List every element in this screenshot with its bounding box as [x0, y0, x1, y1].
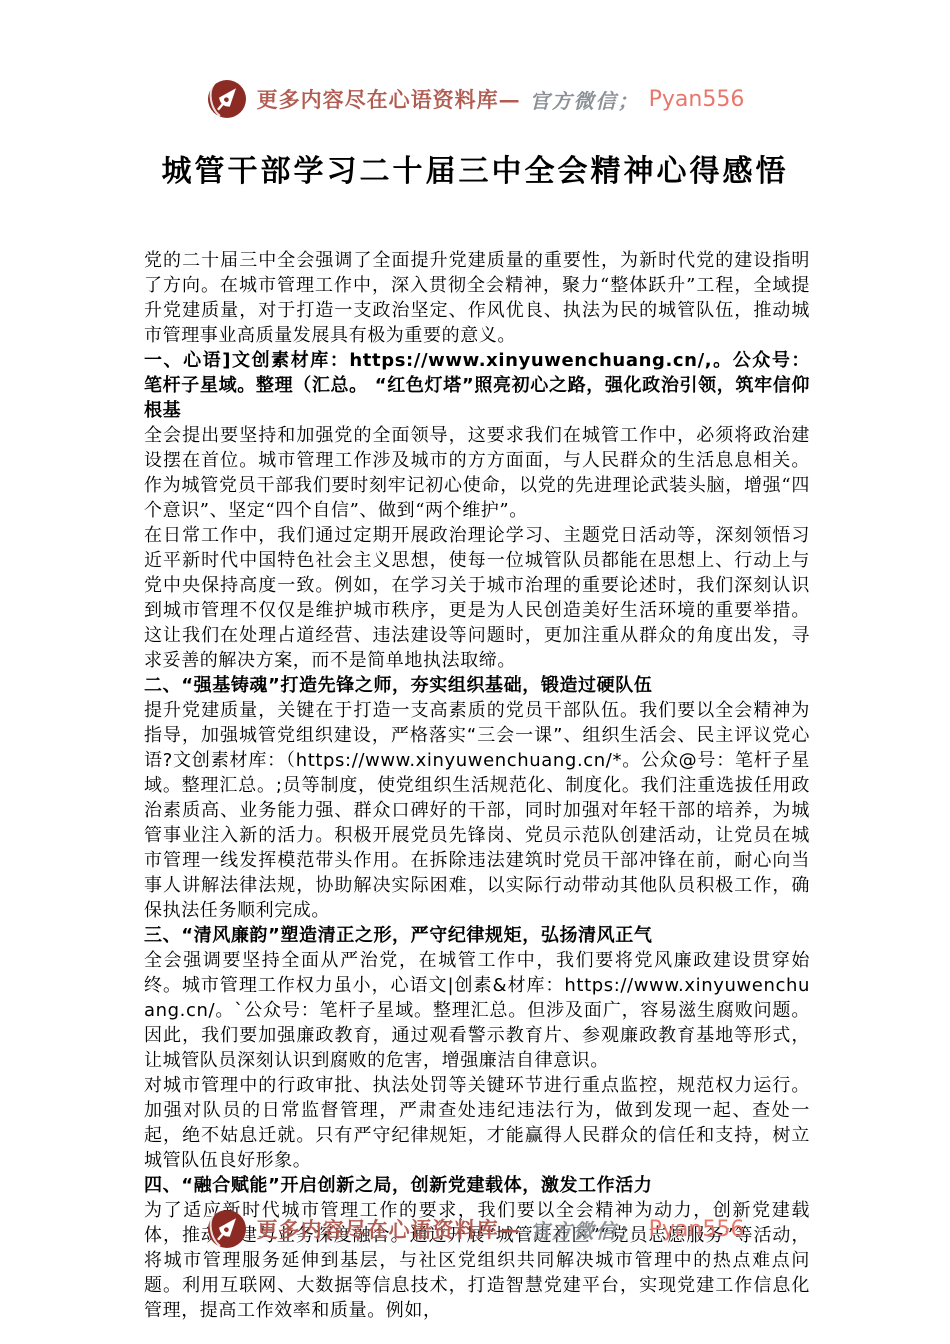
document-page: { "watermark": { "logo_icon": "pen-nib-i… — [0, 0, 950, 1344]
footer-watermark: 更多内容尽在心语资料库— 官方微信； Pyan556 — [0, 1208, 950, 1250]
pen-nib-icon — [206, 1208, 248, 1250]
paragraph-section2: 提升党建质量，关键在于打造一支高素质的党员干部队伍。我们要以全会精神为指导，加强… — [144, 698, 810, 923]
section-heading-1: 一、心语]文创素材库：https://www.xinyuwenchuang.cn… — [144, 348, 810, 423]
watermark-site-text: 更多内容尽在心语资料库— — [257, 84, 521, 114]
section-heading-2: 二、“强基铸魂”打造先锋之师，夯实组织基础，锻造过硬队伍 — [144, 673, 810, 698]
watermark-wechat-label: 官方微信； — [530, 85, 640, 114]
header-watermark: 更多内容尽在心语资料库— 官方微信； Pyan556 — [0, 78, 950, 120]
watermark-wechat-label: 官方微信； — [530, 1215, 640, 1244]
paragraph-section1-b: 在日常工作中，我们通过定期开展政治理论学习、主题党日活动等，深刻领悟习近平新时代… — [144, 523, 810, 673]
paragraph-intro: 党的二十届三中全会强调了全面提升党建质量的重要性，为新时代党的建设指明了方向。在… — [144, 248, 810, 348]
watermark-wechat-id: Pyan556 — [649, 1217, 745, 1242]
document-body: 党的二十届三中全会强调了全面提升党建质量的重要性，为新时代党的建设指明了方向。在… — [0, 248, 950, 1323]
watermark-site-text: 更多内容尽在心语资料库— — [257, 1214, 521, 1244]
section-heading-4: 四、“融合赋能”开启创新之局，创新党建载体，激发工作活力 — [144, 1173, 810, 1198]
paragraph-section3-a: 全会强调要坚持全面从严治党，在城管工作中，我们要将党风廉政建设贯穿始终。城市管理… — [144, 948, 810, 1073]
watermark-wechat-id: Pyan556 — [649, 87, 745, 112]
page-title: 城管干部学习二十届三中全会精神心得感悟 — [0, 146, 950, 190]
paragraph-section3-b: 对城市管理中的行政审批、执法处罚等关键环节进行重点监控，规范权力运行。加强对队员… — [144, 1073, 810, 1173]
pen-nib-icon — [206, 78, 248, 120]
paragraph-section1-a: 全会提出要坚持和加强党的全面领导，这要求我们在城管工作中，必须将政治建设摆在首位… — [144, 423, 810, 523]
section-heading-3: 三、“清风廉韵”塑造清正之形，严守纪律规矩，弘扬清风正气 — [144, 923, 810, 948]
